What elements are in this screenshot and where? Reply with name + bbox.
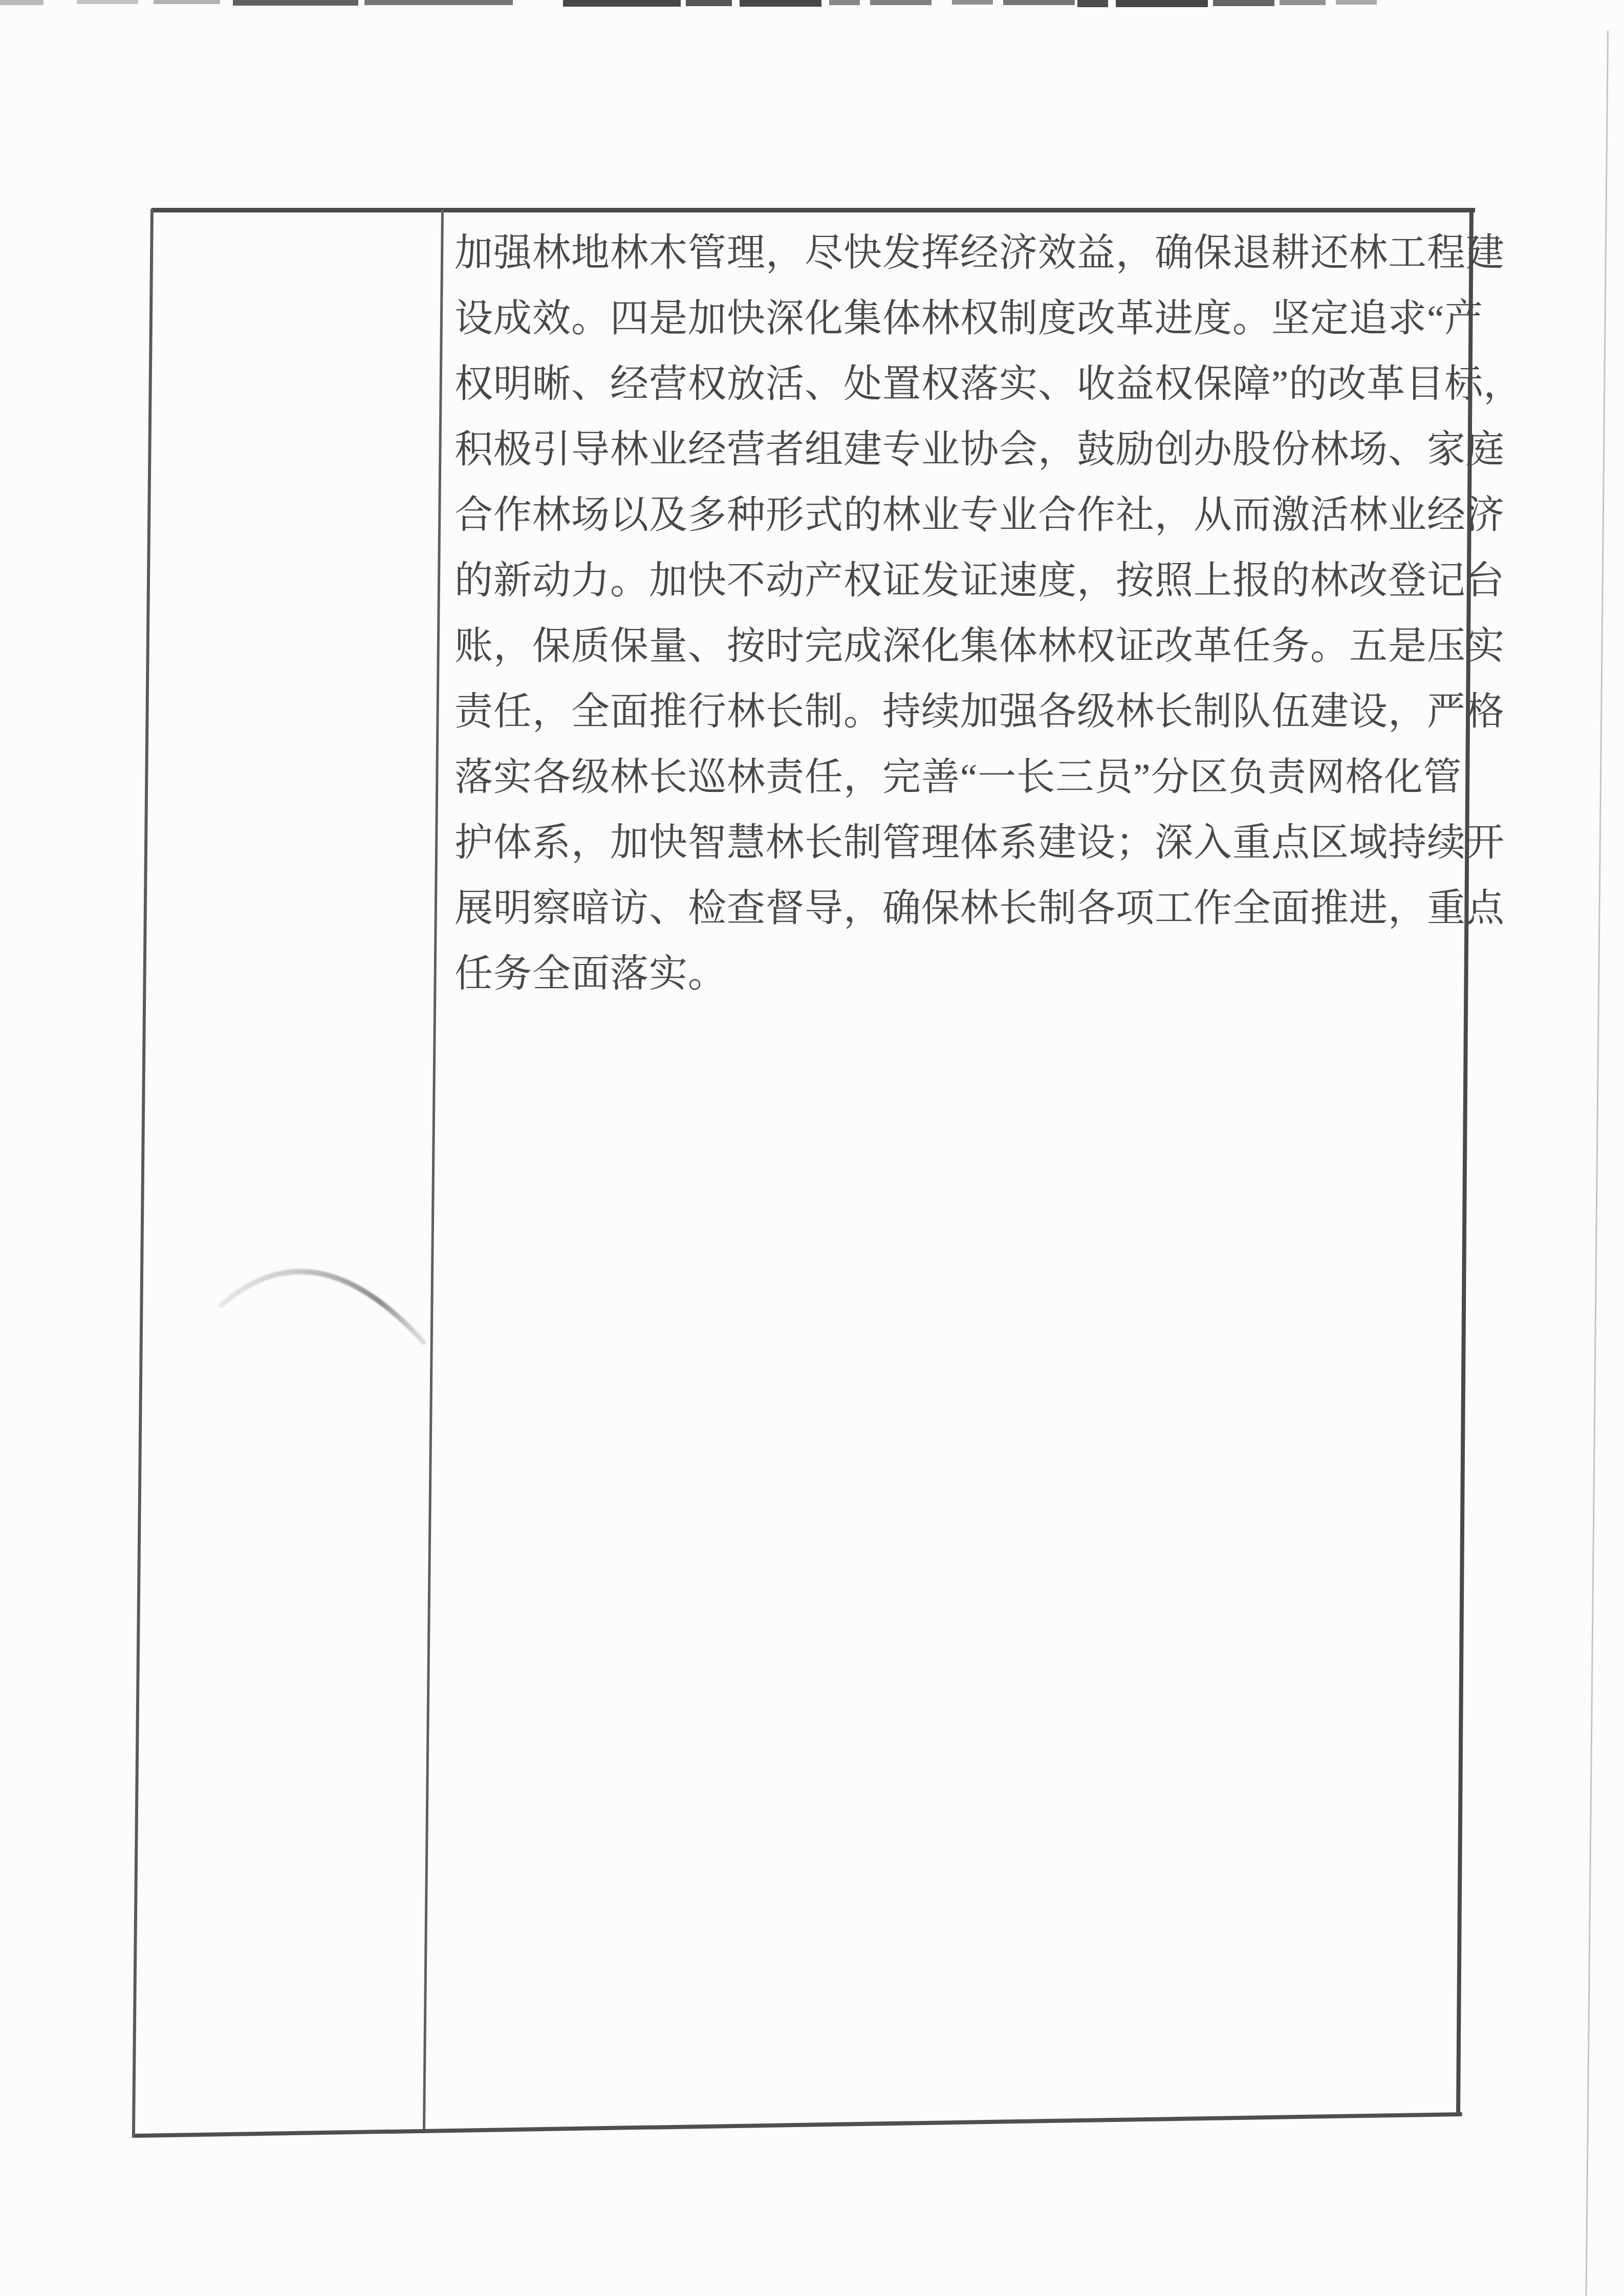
pencil-arc-mark	[194, 1218, 481, 1372]
page-right-edge-shadow	[1586, 31, 1609, 2296]
text-line: 合作林场以及多种形式的林业专业合作社，从而激活林业经济	[454, 483, 1470, 548]
text-line: 任务全面落实。	[454, 941, 1470, 1007]
scan-mark	[154, 0, 220, 4]
scanned-document-page: 加强林地林木管理，尽快发挥经济效益，确保退耕还林工程建 设成效。四是加快深化集体…	[0, 0, 1624, 2296]
scan-mark	[1077, 0, 1108, 7]
text-line: 的新动力。加快不动产权证发证速度，按照上报的林改登记台	[454, 548, 1470, 614]
scan-mark	[233, 0, 358, 6]
text-line: 设成效。四是加快深化集体林权制度改革进度。坚定追求“产	[454, 286, 1470, 352]
text-line: 展明察暗访、检查督导，确保林长制各项工作全面推进，重点	[454, 876, 1470, 941]
text-line: 责任，全面推行林长制。持续加强各级林长制队伍建设，严格	[454, 679, 1470, 745]
text-line: 护体系，加快智慧林长制管理体系建设；深入重点区域持续开	[454, 810, 1470, 876]
table-column-divider	[423, 210, 444, 2133]
scan-mark	[870, 0, 932, 5]
scan-mark	[1213, 0, 1274, 6]
text-line: 落实各级林长巡林责任，完善“一长三员”分区负责网格化管	[454, 745, 1470, 810]
scan-mark	[0, 0, 44, 5]
scan-mark	[1280, 0, 1326, 5]
scan-mark	[364, 0, 513, 5]
table-left-border	[132, 209, 154, 2138]
table-top-border	[151, 208, 1475, 212]
scan-mark	[829, 0, 860, 5]
table-bottom-border	[135, 2112, 1462, 2138]
scan-mark	[686, 0, 732, 6]
scan-mark	[740, 0, 821, 7]
text-line: 权明晰、经营权放活、处置权落实、收益权保障”的改革目标，	[454, 352, 1470, 417]
scan-mark	[77, 0, 138, 4]
scan-mark	[1003, 0, 1075, 5]
text-line: 积极引导林业经营者组建专业协会，鼓励创办股份林场、家庭	[454, 417, 1470, 483]
text-line: 账，保质保量、按时完成深化集体林权证改革任务。五是压实	[454, 614, 1470, 679]
scan-mark	[563, 0, 681, 7]
scan-mark	[952, 0, 993, 5]
text-line: 加强林地林木管理，尽快发挥经济效益，确保退耕还林工程建	[454, 221, 1470, 286]
scan-mark	[1336, 0, 1377, 5]
scan-mark	[1116, 0, 1208, 7]
table-left-cell	[194, 1218, 481, 1372]
